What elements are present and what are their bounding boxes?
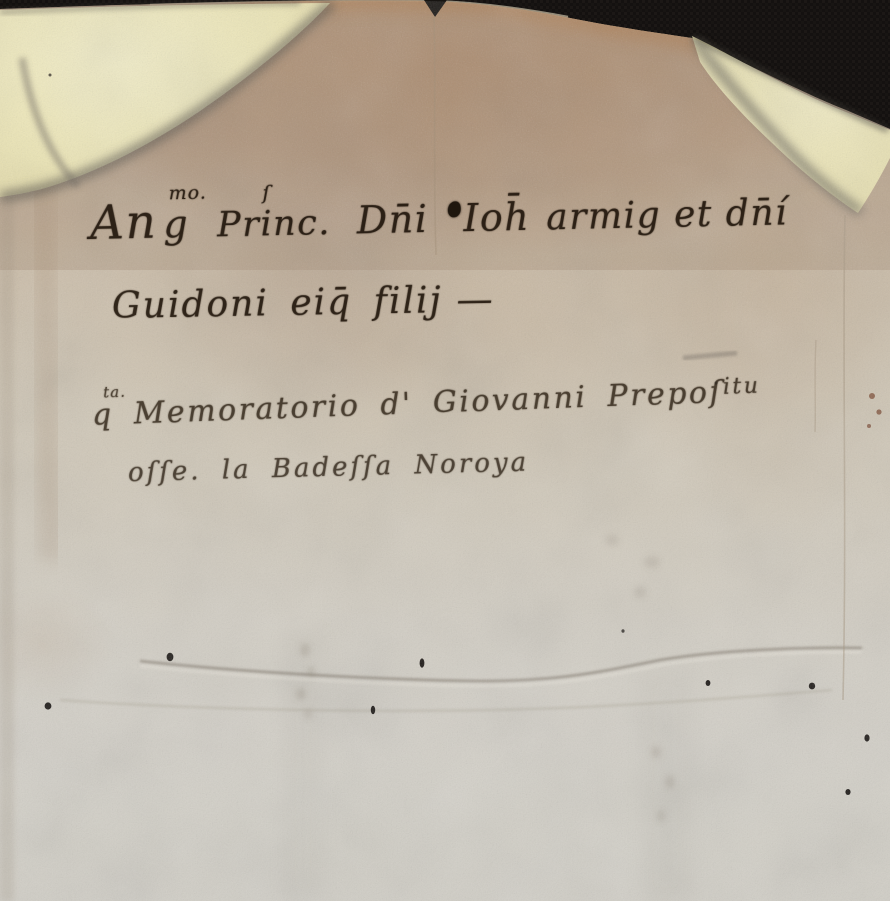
superscript-s: ſ xyxy=(262,180,271,204)
superscript-mo: mo. xyxy=(168,182,207,205)
line2-text: Guidoni eiq̄ filij xyxy=(112,280,443,327)
word-ioh: Ioh̄ xyxy=(463,195,531,240)
word-princ: Princ.ſ xyxy=(217,203,332,245)
manuscript-photo: Angmo.Princ.ſDn̄iIoh̄armig et dn̄í Guido… xyxy=(0,0,890,901)
line2-dash: — xyxy=(456,279,493,321)
ink-blot xyxy=(448,201,461,217)
superscript-ta: ta. xyxy=(103,383,126,402)
line1-tail: armig et dn̄í xyxy=(546,192,789,238)
handwriting-line-2: Guidoni eiq̄ filij— xyxy=(112,279,493,327)
word-qta: qta. xyxy=(91,397,114,433)
word-an: An xyxy=(89,195,157,251)
superscript-itu: itu xyxy=(722,373,760,399)
word-g: gmo. xyxy=(163,202,190,247)
word-dni: Dn̄i xyxy=(356,197,428,242)
